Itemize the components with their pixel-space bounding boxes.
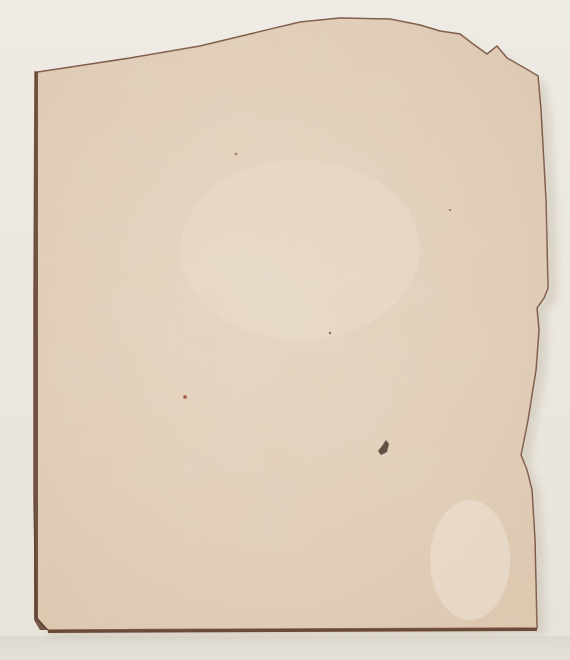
speck [183, 395, 187, 399]
photo-scene [0, 0, 570, 660]
light-patch [180, 160, 420, 340]
light-patch [430, 500, 510, 620]
speck [235, 153, 238, 156]
speck [329, 332, 331, 334]
paper-tablet [0, 0, 570, 660]
speck [449, 209, 451, 211]
